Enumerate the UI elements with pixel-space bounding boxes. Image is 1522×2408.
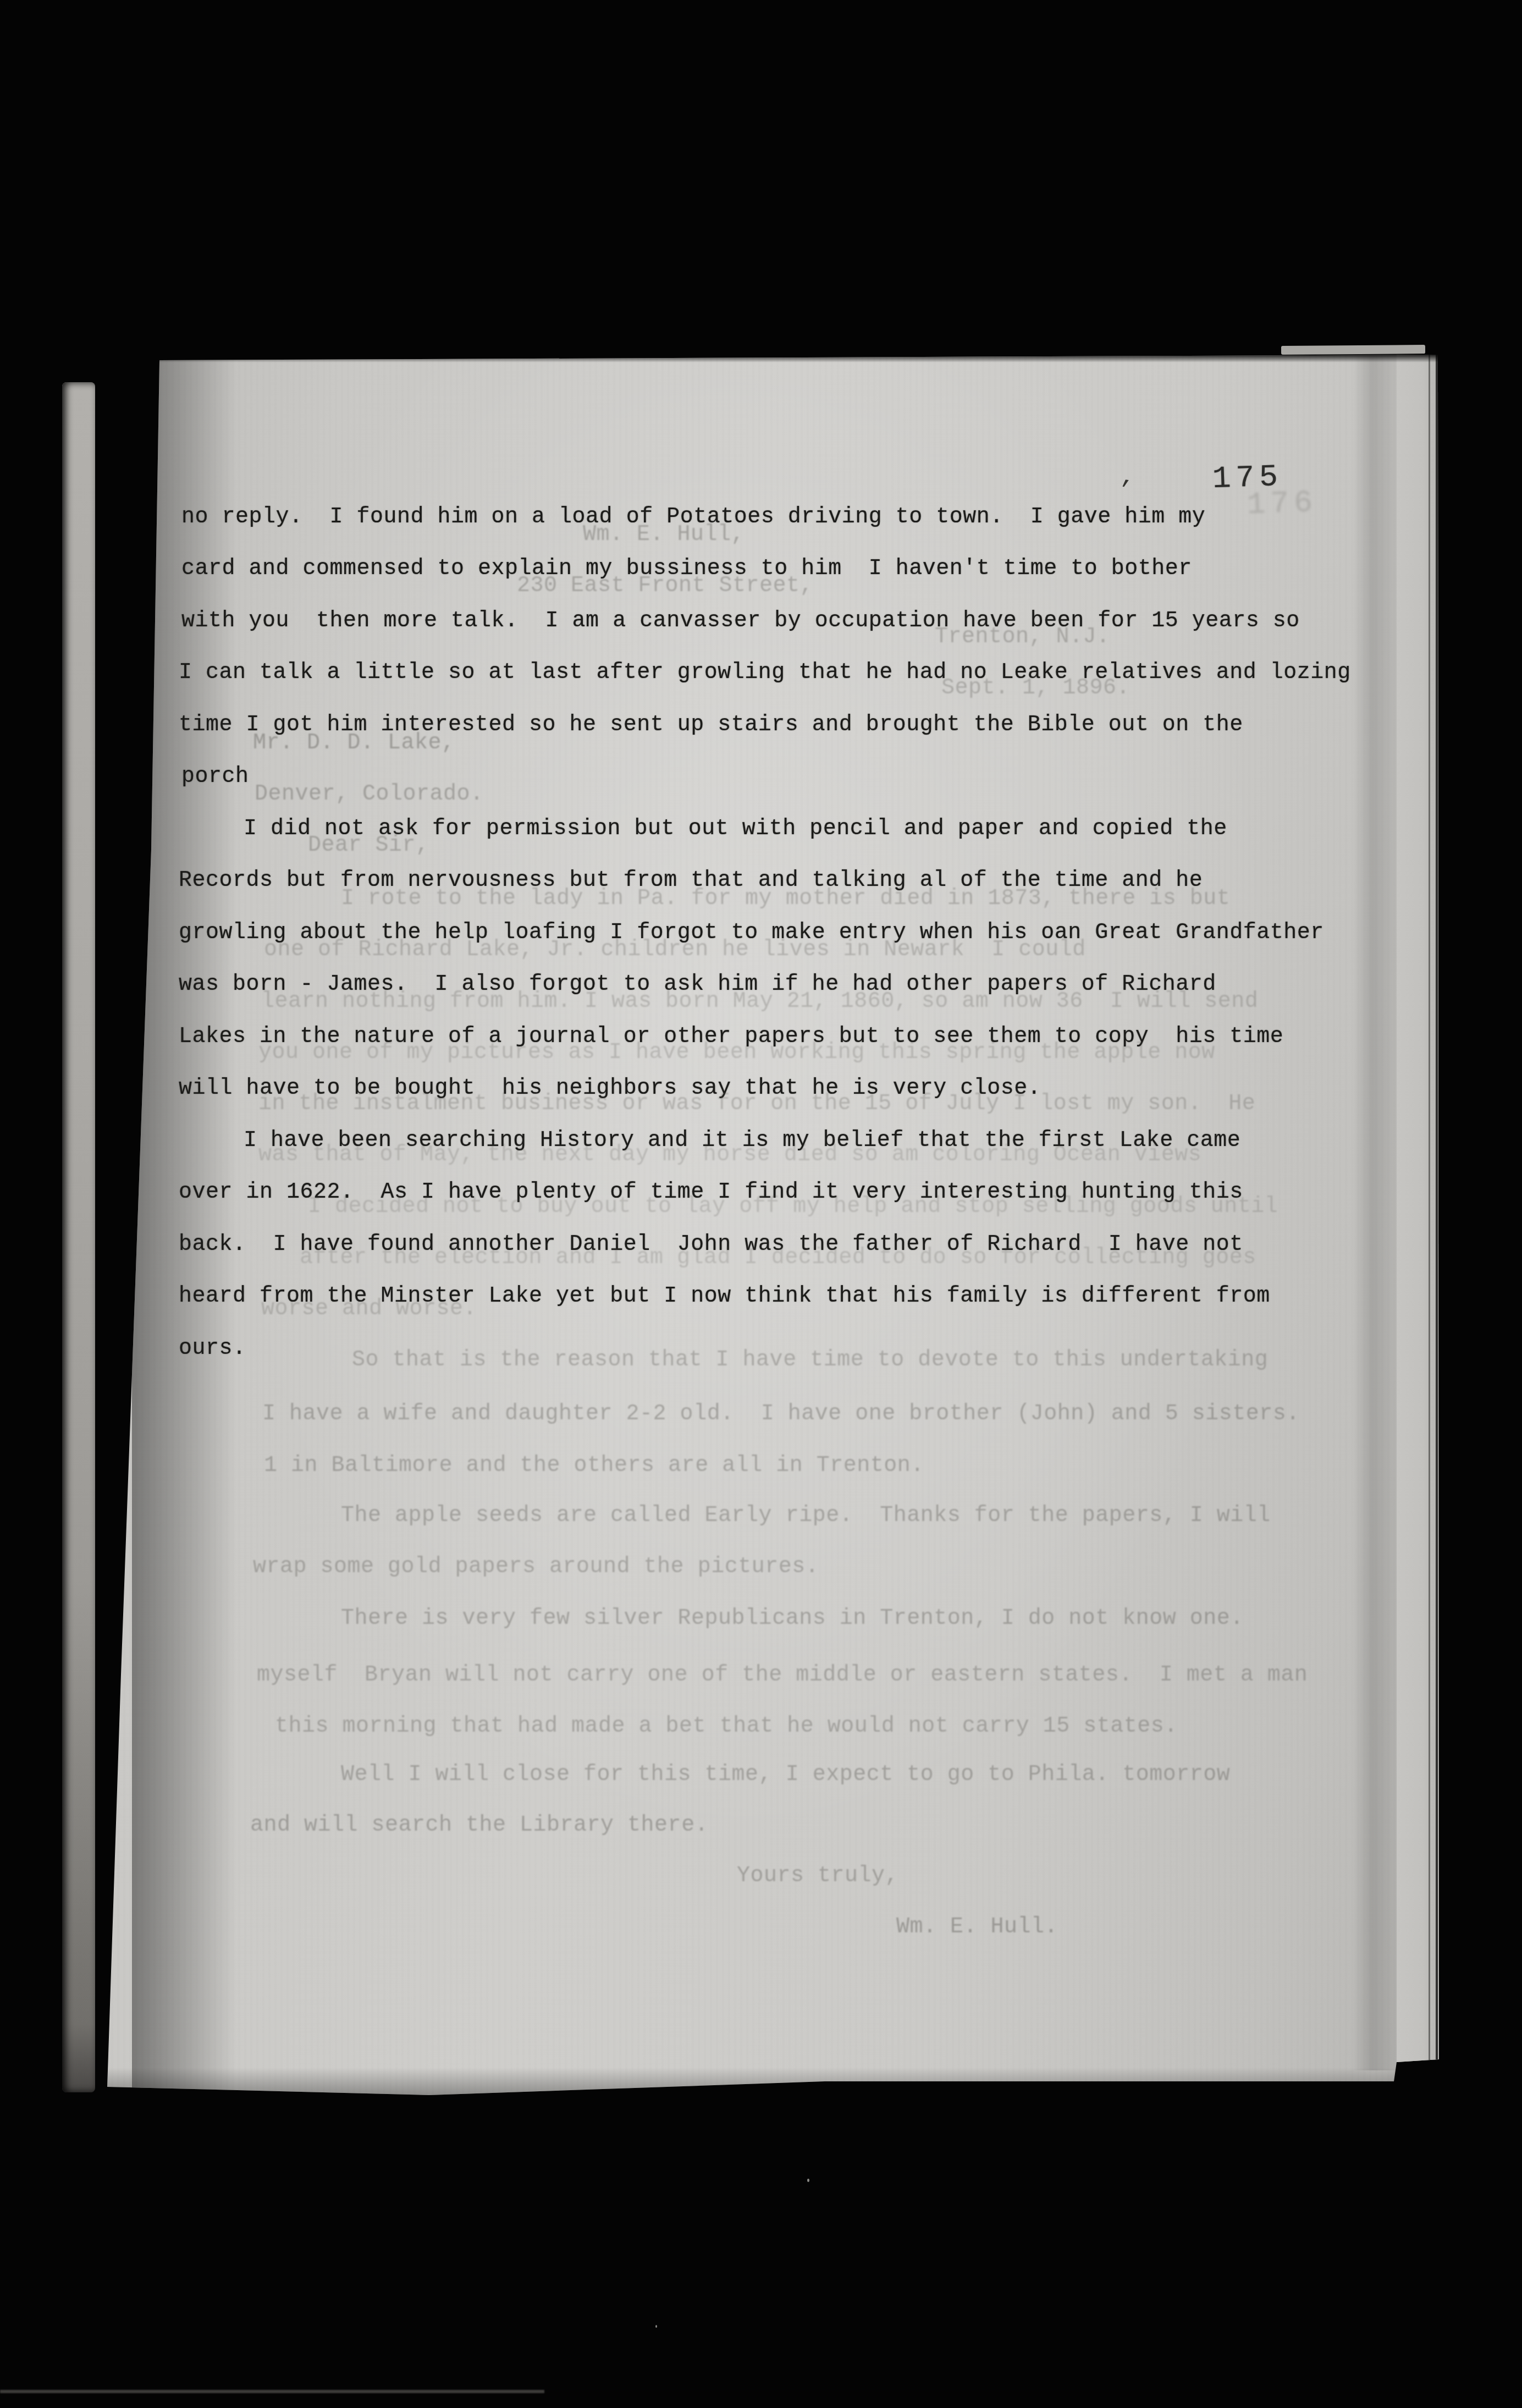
bleedthrough-line: Mr. D. D. Lake,	[253, 730, 455, 757]
bleedthrough-line: So that is the reason that I have time t…	[352, 1347, 1268, 1374]
bleedthrough-line: I have a wife and daughter 2-2 old. I ha…	[262, 1401, 1300, 1428]
bleedthrough-line: Dear Sir,	[308, 833, 429, 859]
typed-line: porch	[181, 764, 249, 790]
bleedthrough-line: Trenton, N.J.	[935, 624, 1110, 651]
bleedthrough-line: worse and worse.	[261, 1296, 477, 1323]
bleedthrough-line: you one of my pictures as I have been wo…	[258, 1040, 1215, 1066]
bleedthrough-line: Wm. E. Hull.	[896, 1914, 1058, 1941]
bleedthrough-line: this morning that had made a bet that he…	[275, 1713, 1178, 1740]
bleedthrough-line: and will search the Library there.	[250, 1812, 708, 1839]
bleedthrough-line: in the instalment business or was for on…	[258, 1091, 1255, 1117]
bleedthrough-line: myself Bryan will not carry one of the m…	[257, 1662, 1308, 1689]
letter-text-layer: 175 176 ’ no reply. I found him on a loa…	[0, 0, 1522, 2408]
bleedthrough-line: 230 East Front Street,	[517, 573, 813, 599]
page-number-ghost: 176	[1247, 489, 1317, 518]
typed-line: with you then more talk. I am a canvasse…	[181, 608, 1300, 635]
bleedthrough-line: I decided not to buy out to lay off my h…	[308, 1194, 1278, 1220]
scan-artifact-line	[0, 2390, 544, 2393]
bleedthrough-line: Sept. 1, 1896.	[941, 675, 1130, 702]
bleedthrough-line: learn nothing from him. I was born May 2…	[261, 989, 1258, 1015]
bleedthrough-line: There is very few silver Republicans in …	[341, 1606, 1244, 1632]
typed-line: ours.	[179, 1336, 246, 1362]
bleedthrough-line: one of Richard Lake, Jr. children he liv…	[264, 937, 1086, 963]
typed-line: I can talk a little so at last after gro…	[179, 660, 1351, 686]
dust-speck	[807, 2179, 809, 2182]
ink-speck: ’	[1116, 476, 1134, 505]
bleedthrough-line: was that of May, the next day my horse d…	[258, 1142, 1201, 1169]
bleedthrough-line: The apple seeds are called Early ripe. T…	[341, 1503, 1271, 1529]
bleedthrough-line: 1 in Baltimore and the others are all in…	[264, 1453, 924, 1479]
bleedthrough-line: after the election and I am glad I decid…	[300, 1245, 1256, 1271]
bleedthrough-line: wrap some gold papers around the picture…	[253, 1554, 819, 1580]
bleedthrough-line: Well I will close for this time, I expec…	[341, 1762, 1230, 1788]
bleedthrough-line: Yours truly,	[737, 1863, 898, 1889]
bleedthrough-line: Denver, Colorado.	[255, 781, 484, 808]
bleedthrough-line: I rote to the lady in Pa. for my mother …	[341, 886, 1230, 912]
bleedthrough-line: Wm. E. Hull,	[583, 522, 745, 548]
dust-speck	[655, 2325, 657, 2328]
